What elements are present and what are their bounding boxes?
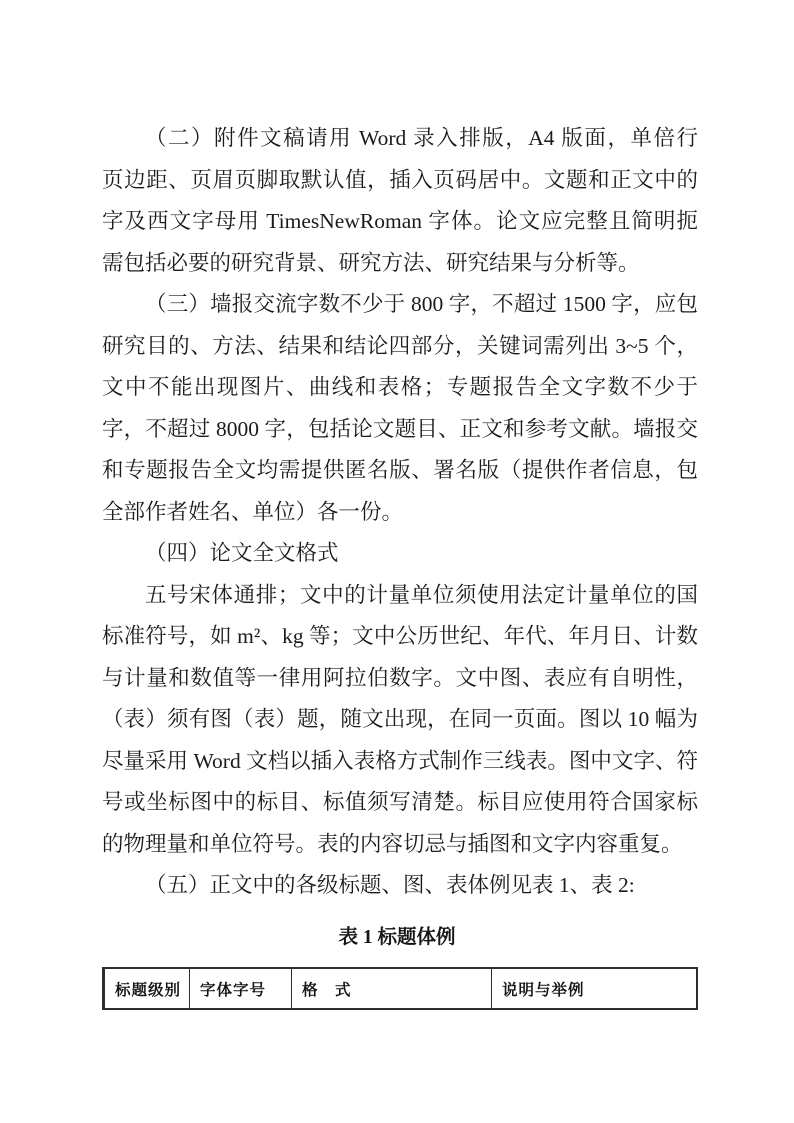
text-line: 研究目的、方法、结果和结论四部分，关键词需列出 3~5 个，论 bbox=[102, 326, 698, 368]
table-header-cell: 说明与举例 bbox=[491, 969, 696, 1008]
table-header-cell: 字体字号 bbox=[189, 969, 291, 1008]
table-caption: 表 1 标题体例 bbox=[0, 923, 794, 953]
text-line: 全部作者姓名、单位）各一份。 bbox=[102, 492, 698, 534]
text-line: （四）论文全文格式 bbox=[102, 533, 698, 575]
text-line: （三）墙报交流字数不少于 800 字，不超过 1500 字，应包括 bbox=[102, 284, 698, 326]
text-line: （表）须有图（表）题，随文出现，在同一页面。图以 10 幅为限。 bbox=[102, 699, 698, 741]
heading-styles-table: 标题级别字体字号格 式说明与举例 bbox=[102, 967, 698, 1010]
text-line: （二）附件文稿请用 Word 录入排版，A4 版面，单倍行距， bbox=[102, 118, 698, 160]
table-header-cell: 标题级别 bbox=[104, 969, 189, 1008]
text-line: 和专题报告全文均需提供匿名版、署名版（提供作者信息，包括 bbox=[102, 450, 698, 492]
text-line: 文中不能出现图片、曲线和表格；专题报告全文字数不少于 4000 bbox=[102, 367, 698, 409]
text-line: 的物理量和单位符号。表的内容切忌与插图和文字内容重复。 bbox=[102, 824, 698, 866]
text-line: 字，不超过 8000 字，包括论文题目、正文和参考文献。墙报交流 bbox=[102, 409, 698, 451]
document-page: （二）附件文稿请用 Word 录入排版，A4 版面，单倍行距，页边距、页眉页脚取… bbox=[0, 0, 794, 1123]
text-line: 与计量和数值等一律用阿拉伯数字。文中图、表应有自明性，图 bbox=[102, 658, 698, 700]
table-header-cell: 格 式 bbox=[291, 969, 491, 1008]
text-line: 页边距、页眉页脚取默认值，插入页码居中。文题和正文中的数 bbox=[102, 160, 698, 202]
text-line: 号或坐标图中的标目、标值须写清楚。标目应使用符合国家标准 bbox=[102, 782, 698, 824]
text-line: （五）正文中的各级标题、图、表体例见表 1、表 2: bbox=[102, 865, 698, 907]
text-line: 五号宋体通排；文中的计量单位须使用法定计量单位的国际 bbox=[102, 575, 698, 617]
text-line: 标准符号，如 m²、kg 等；文中公历世纪、年代、年月日、计数 bbox=[102, 616, 698, 658]
text-line: 尽量采用 Word 文档以插入表格方式制作三线表。图中文字、符 bbox=[102, 741, 698, 783]
text-line: 字及西文字母用 TimesNewRoman 字体。论文应完整且简明扼要， bbox=[102, 201, 698, 243]
document-body: （二）附件文稿请用 Word 录入排版，A4 版面，单倍行距，页边距、页眉页脚取… bbox=[102, 118, 698, 907]
text-line: 需包括必要的研究背景、研究方法、研究结果与分析等。 bbox=[102, 243, 698, 285]
